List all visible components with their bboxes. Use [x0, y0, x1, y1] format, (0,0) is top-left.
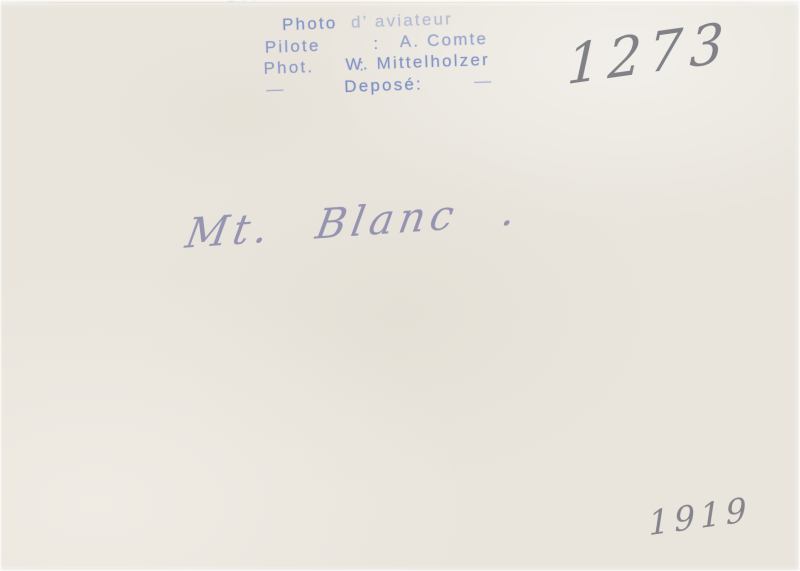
handwritten-inventory-number: 1273: [566, 10, 732, 97]
stamp-dash-left: —: [266, 79, 286, 100]
stamp-depose-label: Deposé:: [344, 74, 423, 97]
collection-stamp: Societe Photo d’ aviateur Pilote : A. Co…: [218, 0, 532, 115]
photo-verso-paper: Societe Photo d’ aviateur Pilote : A. Co…: [0, 0, 800, 571]
handwritten-caption: Mt. Blanc .: [182, 186, 524, 258]
stamp-dash-right: —: [474, 71, 494, 92]
stamp-photo-label: Photo: [282, 13, 338, 35]
handwritten-year: 1919: [648, 490, 752, 544]
stamp-pilot-name: A. Comte: [399, 29, 488, 52]
stamp-photo-value: d’ aviateur: [351, 9, 454, 33]
stamp-faint-top-line: Societe: [226, 0, 295, 7]
stamp-photographer-name: W. Mittelholzer: [345, 50, 490, 75]
